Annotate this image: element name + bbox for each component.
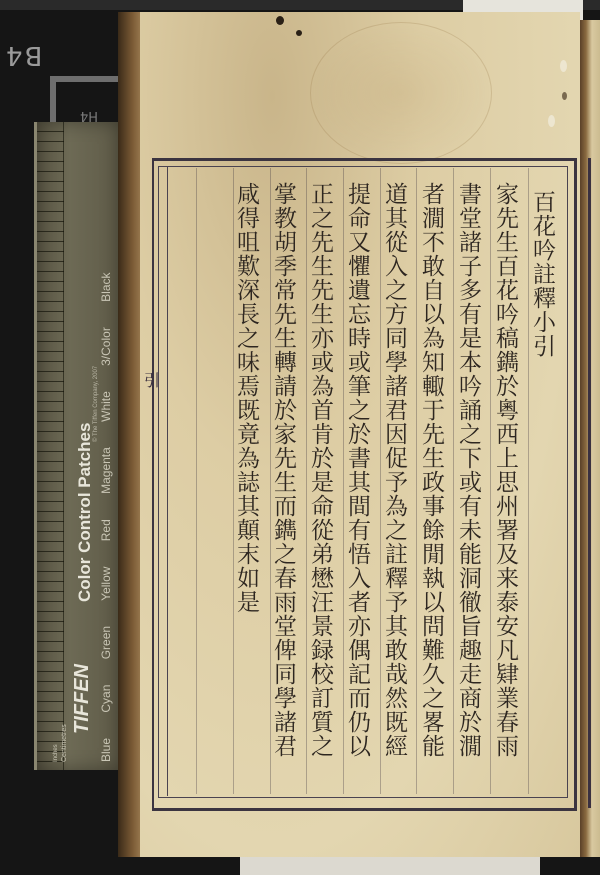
column-rule — [490, 168, 491, 794]
frame-label: H4 — [80, 108, 98, 123]
patch-brand-logo: TIFFEN — [71, 664, 94, 734]
patch-title: Color Control Patches — [75, 423, 95, 602]
ruler-scale — [37, 122, 64, 770]
white-card-bottom — [240, 857, 540, 875]
wormhole — [548, 115, 555, 127]
water-stain — [310, 22, 492, 164]
patch-inches-label: Inches — [53, 744, 59, 762]
next-page-border — [588, 158, 597, 808]
text-column: 提命又懼遺忘時或筆之於書其間有悟入者亦偶記而仍以 — [345, 182, 369, 758]
column-rule — [416, 168, 417, 794]
wormhole — [562, 92, 567, 100]
wormhole — [560, 60, 567, 72]
patch-color-names: Blue Cyan Green Yellow Red Magenta White… — [99, 273, 113, 763]
wormhole — [276, 16, 284, 25]
text-column: 書堂諸子多有是本吟誦之下或有未能洞徹旨趣走商於㵎 — [456, 182, 480, 758]
column-rule — [196, 168, 197, 794]
wormhole — [296, 30, 302, 36]
color-control-patch-strip: Inches Centimetres TIFFEN Color Control … — [34, 122, 119, 770]
document-title: 百花吟註釋小引 — [530, 190, 554, 358]
text-column: 家先生百花吟稿鐫於粵西上思州署及来泰安凡肄業春雨 — [493, 182, 517, 758]
column-rule — [453, 168, 454, 794]
text-column: 正之先生先生亦或為首肯於是命從弟懋汪景録校訂質之 — [308, 182, 332, 758]
banxin-title-char: 引 — [144, 368, 160, 391]
patch-units-label: Centimetres — [61, 724, 68, 762]
text-column: 掌教胡季常先生轉請於家先生而鐫之春雨堂俾同學諸君 — [271, 182, 295, 758]
fold-center-line — [167, 166, 168, 796]
text-column: 道其從入之方同學諸君因促予為之註釋予其敢哉然既經 — [382, 182, 406, 758]
text-column: 咸得咀歎深長之味焉既竟為誌其顛末如是 — [234, 182, 258, 614]
b4-label: B4 — [4, 40, 42, 70]
text-column: 者㵎不敢自以為知輙于先生政事餘閒執以問難久之畧能 — [419, 182, 443, 758]
